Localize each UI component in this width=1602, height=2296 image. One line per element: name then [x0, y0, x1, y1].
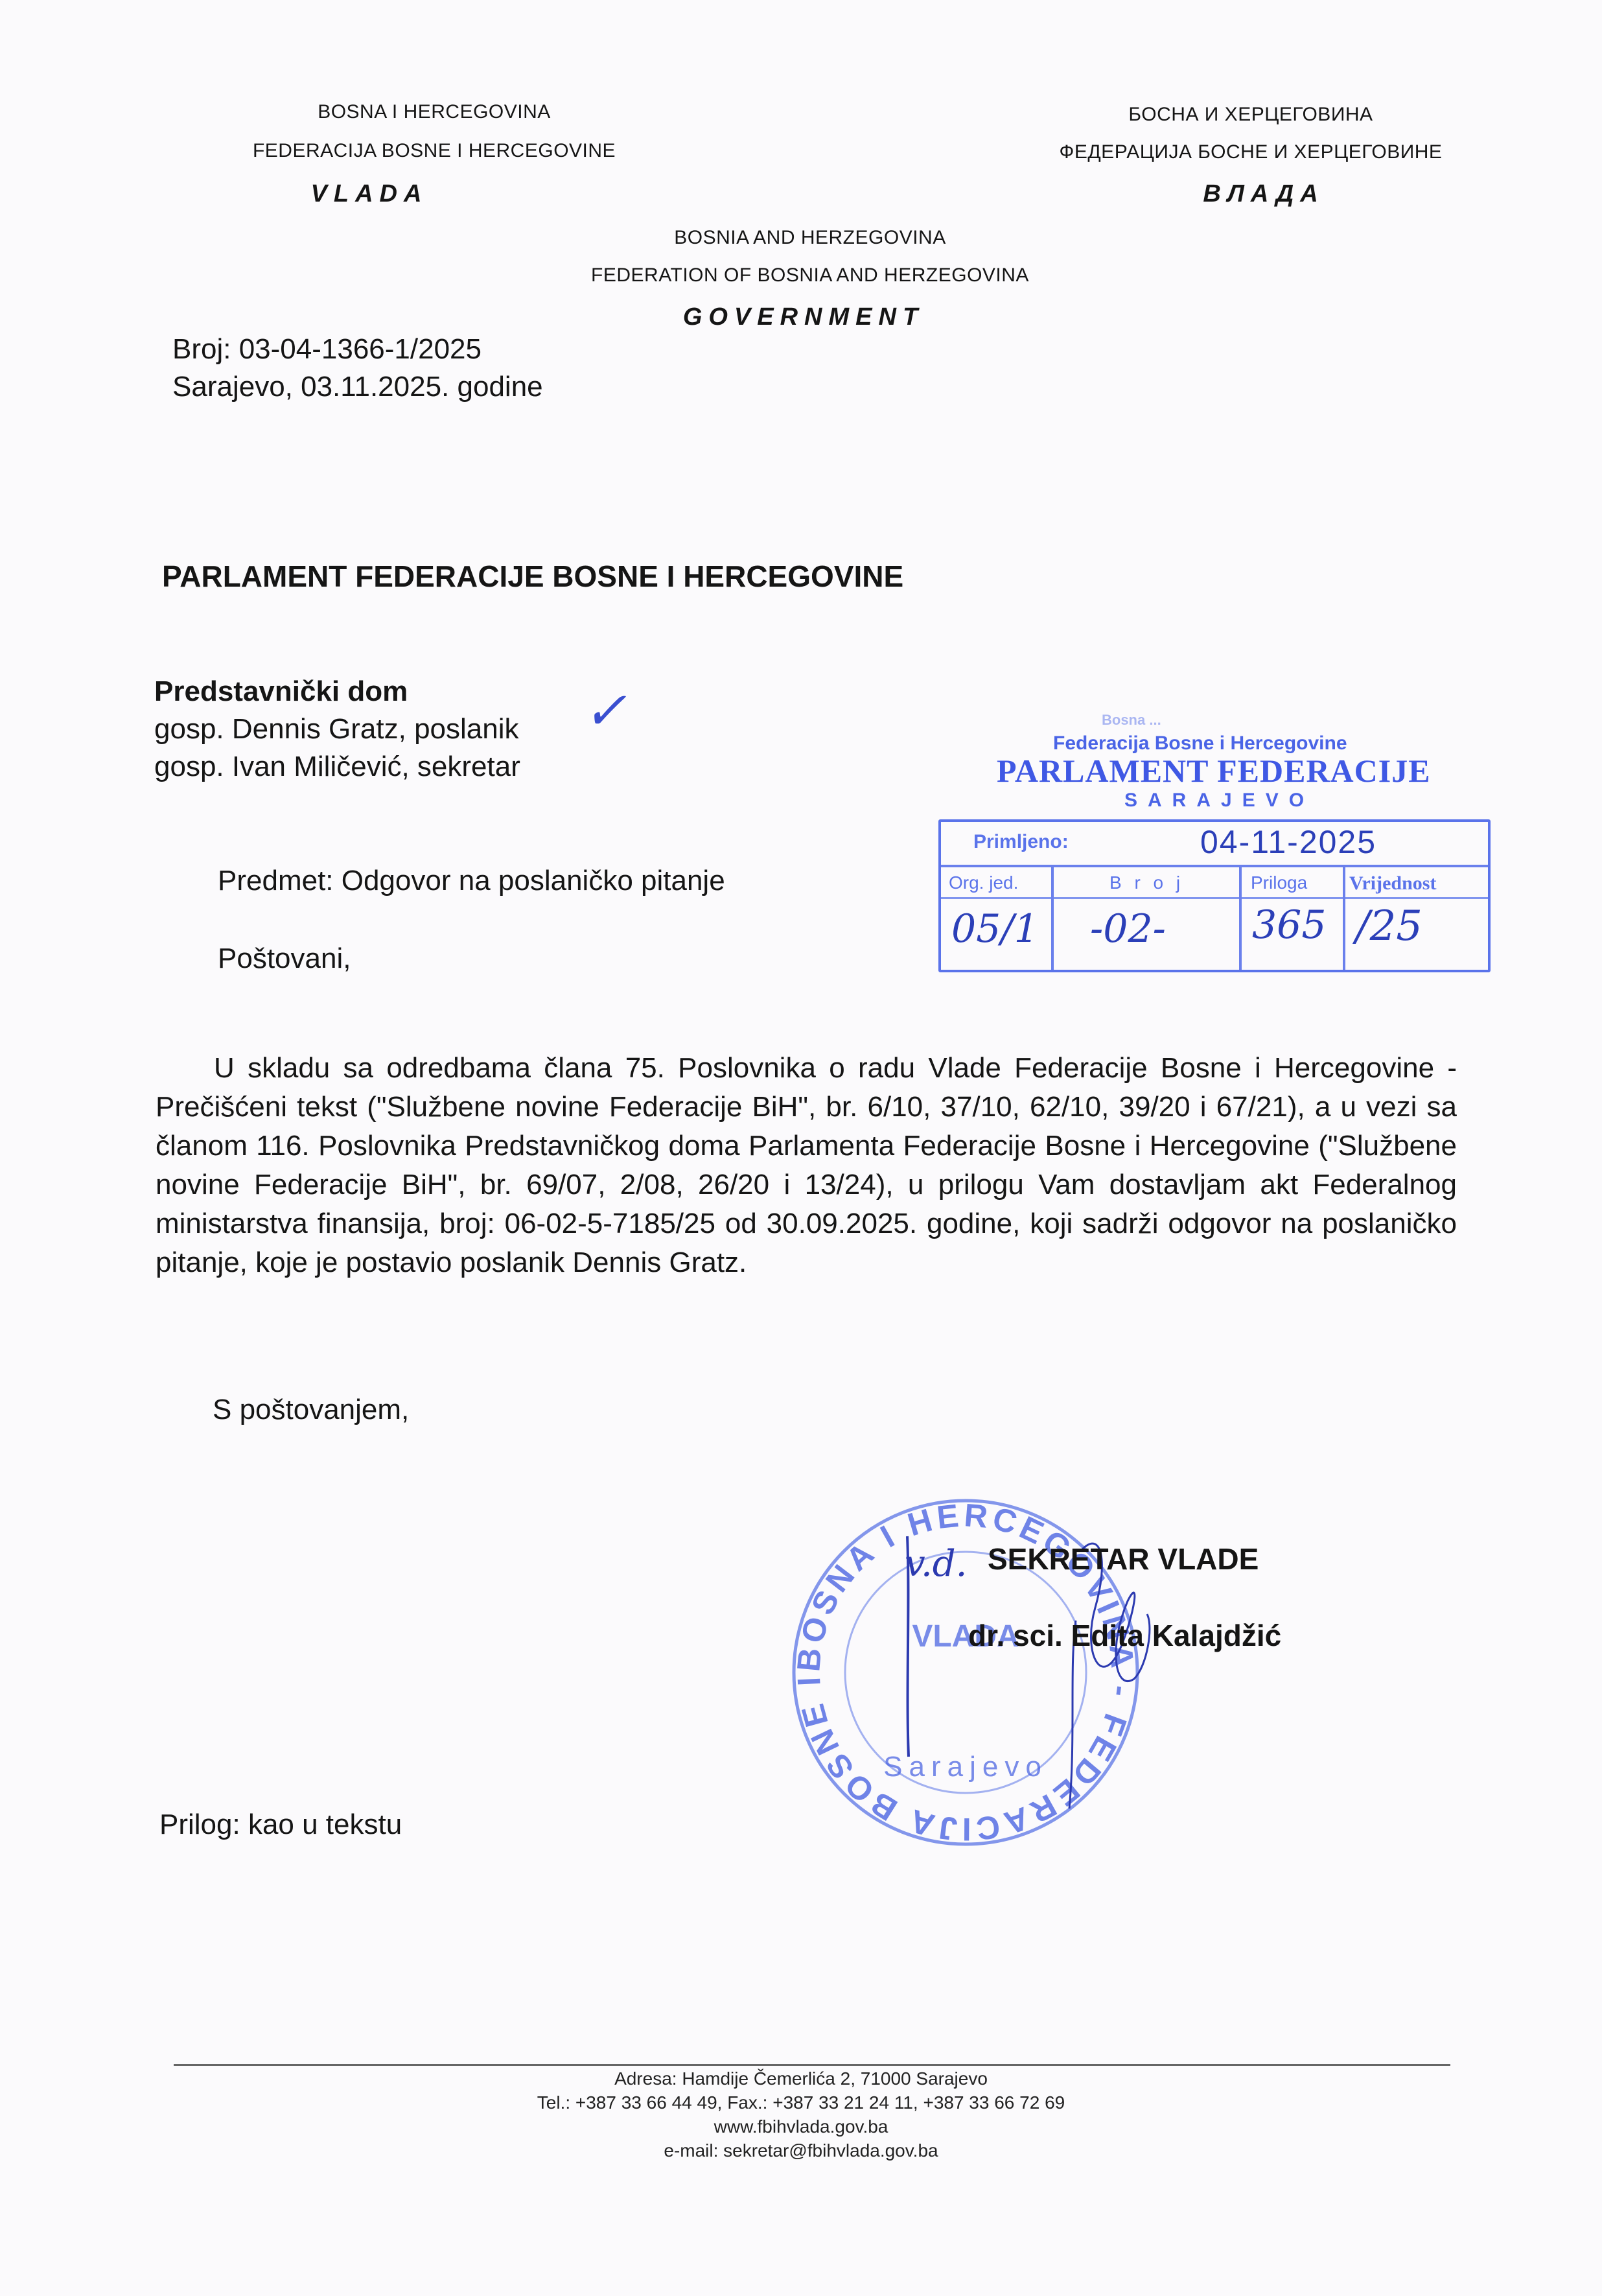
footer-divider [174, 2064, 1450, 2066]
salutation: Poštovani, [218, 940, 351, 978]
stamp-value-number: -02- [1090, 906, 1166, 952]
stamp-table: Primljeno: 04-11-2025 Org. jed. B r o j … [938, 819, 1491, 972]
recipient-line-2: gosp. Ivan Miličević, sekretar [154, 748, 520, 786]
header-right-federation: ФЕДЕРАЦИЈА БОСНЕ И ХЕРЦЕГОВИНЕ [1011, 141, 1491, 163]
stamp-received-date: 04-11-2025 [1200, 823, 1376, 861]
stamp-line-1: Federacija Bosne i Hercegovine [1053, 732, 1347, 755]
signature-prefix: v.d. [905, 1543, 967, 1585]
stamp-col-value: Vrijednost [1349, 873, 1436, 895]
header-right-title: ВЛАДА [1141, 180, 1387, 208]
stamp-faded-text: Bosna ... [1102, 712, 1161, 729]
header-center-title: GOVERNMENT [635, 303, 972, 331]
closing: S poštovanjem, [213, 1391, 409, 1429]
stamp-col-org: Org. jed. [949, 873, 1018, 893]
attachment-note: Prilog: kao u tekstu [159, 1806, 402, 1844]
header-right-country: БОСНА И ХЕРЦЕГОВИНА [1024, 104, 1478, 126]
footer-email[interactable]: e-mail: sekretar@fbihvlada.gov.ba [0, 2138, 1602, 2162]
recipient-institution: PARLAMENT FEDERACIJE BOSNE I HERCEGOVINE [162, 557, 903, 595]
stamp-value-attachments: 365 [1252, 902, 1327, 948]
header-left-country: BOSNA I HERCEGOVINA [149, 101, 719, 123]
footer-phone: Tel.: +387 33 66 44 49, Fax.: +387 33 21… [0, 2091, 1602, 2114]
stamp-received-label: Primljeno: [973, 831, 1069, 853]
checkmark-icon: ✓ [583, 681, 627, 741]
signatory-title: SEKRETAR VLADE [988, 1541, 1259, 1576]
place-date: Sarajevo, 03.11.2025. godine [172, 368, 543, 406]
reference-number: Broj: 03-04-1366-1/2025 [172, 331, 482, 368]
header-left-title: VLADA [246, 180, 493, 208]
stamp-col-attachments: Priloga [1251, 873, 1307, 893]
footer-address: Adresa: Hamdije Čemerlića 2, 71000 Saraj… [0, 2067, 1602, 2091]
signatory-name: dr. sci. Edita Kalajdžić [968, 1618, 1281, 1653]
subject: Predmet: Odgovor na poslaničko pitanje [218, 862, 725, 900]
stamp-col-number: B r o j [1109, 873, 1184, 893]
header-center-country: BOSNIA AND HERZEGOVINA [538, 227, 1082, 249]
body-paragraph: U skladu sa odredbama člana 75. Poslovni… [156, 1049, 1457, 1282]
recipient-chamber: Predstavnički dom [154, 673, 408, 710]
header-center-federation: FEDERATION OF BOSNIA AND HERZEGOVINA [538, 264, 1082, 287]
stamp-value-org: 05/1 [951, 906, 1039, 952]
recipient-line-1: gosp. Dennis Gratz, poslanik [154, 710, 519, 748]
stamp-line-3: SARAJEVO [1124, 790, 1314, 812]
header-left-federation: FEDERACIJA BOSNE I HERCEGOVINE [149, 140, 719, 162]
stamp-line-2: PARLAMENT FEDERACIJE [997, 752, 1431, 790]
stamp-value-value: /25 [1356, 902, 1422, 950]
footer-website[interactable]: www.fbihvlada.gov.ba [0, 2114, 1602, 2138]
